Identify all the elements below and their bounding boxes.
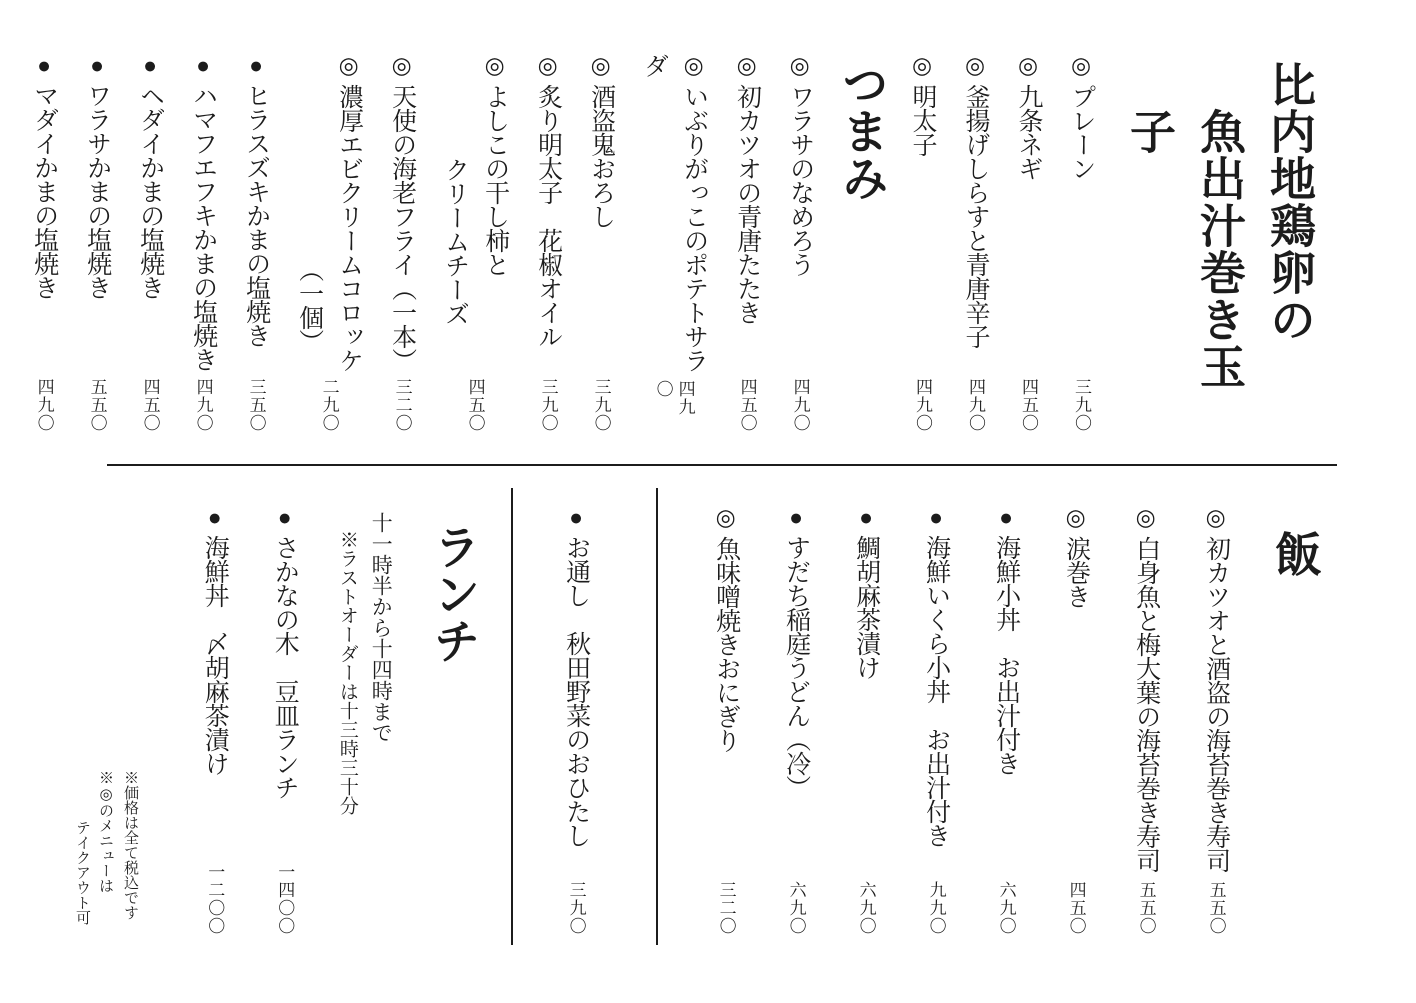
item-name: 海鮮小丼 お出汁付き [993, 535, 1020, 775]
item-name: よしこの干し柿と クリームチーズ [442, 84, 509, 325]
item-price: 四九〇 [652, 380, 696, 432]
takeout-marker-icon: ◎ [1204, 505, 1229, 530]
item-name: ヘダイかまの塩焼き [137, 83, 164, 299]
item-name: 濃厚エビクリームコロッケ （一個） [296, 84, 363, 372]
menu-item: ●さかなの木 豆皿ランチ 一四〇〇 [264, 505, 304, 935]
item-name: ハマフエフキかまの塩焼き [190, 83, 217, 371]
menu-item: ◎明太子 四九〇 [902, 53, 942, 432]
item-name: お通し 秋田野菜のおひたし [563, 535, 590, 847]
menu-title: 比内地鶏卵の 魚出汁巻き玉子 [1114, 61, 1324, 432]
item-price: 三九〇 [1070, 378, 1092, 432]
meshi-section-header: 飯 [1266, 530, 1322, 935]
item-price: 四五〇 [736, 378, 758, 432]
takeout-marker-icon: ◎ [910, 53, 935, 78]
bullet-marker-icon: ● [85, 53, 110, 77]
menu-item: ●マダイかまの塩焼き 四九〇 [24, 53, 64, 432]
bullet-marker-icon: ● [272, 505, 297, 529]
takeout-marker-icon: ◎ [1069, 53, 1094, 78]
item-name: すだち稲庭うどん（冷） [783, 535, 810, 799]
vertical-divider-left [511, 488, 513, 945]
takeout-marker-icon: ◎ [963, 53, 988, 78]
tax-footnote: ※価格は全て税込です [118, 770, 141, 950]
item-price: 四九〇 [33, 378, 55, 432]
menu-item: ◎炙り明太子 花椒オイル 三九〇 [528, 53, 568, 432]
menu-item: ◎いぶりがっこのポテトサラダ 四九〇 [634, 53, 714, 432]
menu-item: ◎濃厚エビクリームコロッケ （一個） 二九〇 [289, 53, 369, 432]
menu-item: ◎魚味噌焼きおにぎり 三二〇 [706, 505, 746, 935]
item-name: 涙巻き [1063, 536, 1090, 608]
bullet-marker-icon: ● [138, 53, 163, 77]
item-name: 明太子 [909, 84, 936, 156]
item-name: 炙り明太子 花椒オイル [535, 84, 562, 348]
menu-item: ◎初カツオと酒盗の海苔巻き寿司 五五〇 [1196, 505, 1236, 935]
takeout-marker-icon: ◎ [483, 53, 508, 78]
bottom-section: 飯 ◎初カツオと酒盗の海苔巻き寿司 五五〇 ◎白身魚と梅大葉の海苔巻き寿司 五五… [194, 505, 1322, 935]
takeout-marker-icon: ◎ [714, 505, 739, 530]
tsumami-section-header: つまみ [833, 60, 889, 432]
item-name: ワラサのなめろう [787, 84, 814, 276]
menu-item: ●ハマフエフキかまの塩焼き 四九〇 [183, 53, 223, 432]
menu-item: ◎九条ネギ 四五〇 [1008, 53, 1048, 432]
menu-item: ◎釜揚げしらすと青唐辛子 四九〇 [955, 53, 995, 432]
item-price: 四九〇 [911, 378, 933, 432]
takeout-marker-icon: ◎ [1016, 53, 1041, 78]
lunch-hours-note: 十一時半から十四時まで [367, 512, 394, 935]
item-price: 三九〇 [590, 378, 612, 432]
item-price: 二九〇 [318, 378, 340, 432]
menu-page: 比内地鶏卵の 魚出汁巻き玉子 ◎プレーン 三九〇 ◎九条ネギ 四五〇 ◎釜揚げし… [0, 0, 1416, 1003]
menu-item: ◎プレーン 三九〇 [1061, 53, 1101, 432]
lunch-section-header: ランチ [424, 523, 480, 935]
bullet-marker-icon: ● [854, 505, 879, 529]
menu-item: ◎初カツオの青唐たたき 四五〇 [727, 53, 767, 432]
menu-item: ◎よしこの干し柿と クリームチーズ 四五〇 [435, 53, 515, 432]
item-price: 六九〇 [785, 881, 807, 935]
item-price: 三二〇 [715, 881, 737, 935]
menu-item-otoshi: ●お通し 秋田野菜のおひたし 三九〇 [556, 505, 596, 935]
bullet-marker-icon: ● [244, 53, 269, 77]
bullet-marker-icon: ● [564, 505, 589, 529]
bullet-marker-icon: ● [994, 505, 1019, 529]
menu-item: ●ワラサかまの塩焼き 五五〇 [77, 53, 117, 432]
takeout-marker-icon: ◎ [1064, 505, 1089, 530]
bullet-marker-icon: ● [784, 505, 809, 529]
bullet-marker-icon: ● [191, 53, 216, 77]
item-price: 一四〇〇 [273, 863, 295, 935]
takeout-marker-icon: ◎ [589, 53, 614, 78]
item-name: 初カツオと酒盗の海苔巻き寿司 [1203, 536, 1230, 872]
item-name: 魚味噌焼きおにぎり [713, 536, 740, 752]
item-price: 一二〇〇 [203, 863, 225, 935]
item-price: 五五〇 [86, 378, 108, 432]
item-name: 海鮮いくら小丼 お出汁付き [923, 535, 950, 847]
item-name: 九条ネギ [1015, 84, 1042, 180]
item-name: 釜揚げしらすと青唐辛子 [962, 84, 989, 348]
item-price: 四五〇 [139, 378, 161, 432]
takeout-marker-icon: ◎ [1134, 505, 1159, 530]
item-price: 四九〇 [192, 378, 214, 432]
takeout-marker-icon: ◎ [337, 53, 362, 78]
menu-item: ◎酒盗鬼おろし 三九〇 [581, 53, 621, 432]
item-price: 六九〇 [995, 881, 1017, 935]
menu-item: ●ヒラスズキかまの塩焼き 三五〇 [236, 53, 276, 432]
lunch-notes: 十一時半から十四時まで ※ラストオーダーは十三時三十分 [334, 505, 394, 935]
item-price: 九九〇 [925, 881, 947, 935]
item-name: いぶりがっこのポテトサラダ [641, 53, 708, 372]
item-name: プレーン [1068, 84, 1095, 180]
item-price: 三二〇 [391, 378, 413, 432]
menu-item: ●鯛胡麻茶漬け 六九〇 [846, 505, 886, 935]
top-section: 比内地鶏卵の 魚出汁巻き玉子 ◎プレーン 三九〇 ◎九条ネギ 四五〇 ◎釜揚げし… [24, 53, 1324, 432]
item-price: 四九〇 [789, 378, 811, 432]
menu-item: ◎天使の海老フライ（一本） 三二〇 [382, 53, 422, 432]
lunch-last-order-note: ※ラストオーダーは十三時三十分 [334, 530, 359, 935]
menu-item: ◎ワラサのなめろう 四九〇 [780, 53, 820, 432]
item-price: 三五〇 [245, 378, 267, 432]
item-price: 四五〇 [1065, 881, 1087, 935]
item-price: 四五〇 [464, 378, 486, 432]
bullet-marker-icon: ● [924, 505, 949, 529]
takeout-marker-icon: ◎ [390, 53, 415, 78]
item-name: ヒラスズキかまの塩焼き [243, 83, 270, 347]
bullet-marker-icon: ● [202, 505, 227, 529]
takeout-marker-icon: ◎ [682, 53, 707, 78]
menu-item: ◎白身魚と梅大葉の海苔巻き寿司 五五〇 [1126, 505, 1166, 935]
menu-item: ◎涙巻き 四五〇 [1056, 505, 1096, 935]
menu-item: ●海鮮いくら小丼 お出汁付き 九九〇 [916, 505, 956, 935]
takeout-marker-icon: ◎ [735, 53, 760, 78]
item-price: 五五〇 [1205, 881, 1227, 935]
takeout-marker-icon: ◎ [536, 53, 561, 78]
menu-item: ●海鮮丼 〆胡麻茶漬け 一二〇〇 [194, 505, 234, 935]
item-price: 六九〇 [855, 881, 877, 935]
item-name: 白身魚と梅大葉の海苔巻き寿司 [1133, 536, 1160, 872]
item-name: 天使の海老フライ（一本） [389, 84, 416, 372]
takeout-marker-icon: ◎ [788, 53, 813, 78]
item-price: 三九〇 [565, 881, 587, 935]
item-price: 四五〇 [1017, 378, 1039, 432]
item-name: マダイかまの塩焼き [31, 83, 58, 299]
item-price: 三九〇 [537, 378, 559, 432]
menu-item: ●ヘダイかまの塩焼き 四五〇 [130, 53, 170, 432]
item-price: 四九〇 [964, 378, 986, 432]
item-name: 鯛胡麻茶漬け [853, 535, 880, 679]
footnotes: ※価格は全て税込です ※◎のメニューは テイクアウト可 [70, 770, 141, 950]
menu-item: ●海鮮小丼 お出汁付き 六九〇 [986, 505, 1026, 935]
item-name: ワラサかまの塩焼き [84, 83, 111, 299]
vertical-divider-right [656, 488, 658, 945]
item-name: 初カツオの青唐たたき [734, 84, 761, 324]
item-name: 海鮮丼 〆胡麻茶漬け [201, 535, 228, 775]
item-name: 酒盗鬼おろし [588, 84, 615, 228]
takeout-footnote: ※◎のメニューは テイクアウト可 [70, 770, 116, 950]
bullet-marker-icon: ● [32, 53, 57, 77]
item-name: さかなの木 豆皿ランチ [271, 535, 298, 799]
item-price: 五五〇 [1135, 881, 1157, 935]
menu-item: ●すだち稲庭うどん（冷） 六九〇 [776, 505, 816, 935]
horizontal-divider [107, 464, 1337, 466]
